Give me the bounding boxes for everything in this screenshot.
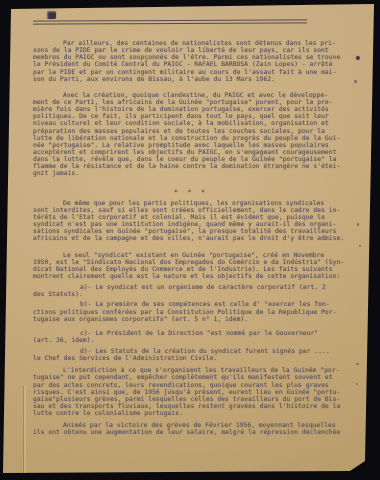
- text-block: De même que pour les partis politiques, …: [33, 200, 349, 243]
- text-block: c)- Le Président de la Direction "est no…: [33, 330, 349, 344]
- text-line: le Chef des Services de l'Administration…: [33, 355, 349, 362]
- text-line: Avec la création, quoique clandestine, d…: [33, 92, 349, 99]
- text-line: gnit jamais.: [33, 170, 349, 177]
- text-line: niveau culturel et leur condition social…: [33, 120, 349, 127]
- header-double-rule: [33, 19, 307, 24]
- text-line: le Président du Comité Central du PAIGC …: [33, 61, 349, 68]
- text-line: De même que pour les partis politiques, …: [33, 200, 349, 207]
- text-line: b)- La première de ses compétences est c…: [33, 301, 349, 308]
- text-line: 1950, est le "Sindicato Nacional dos Emp…: [33, 259, 349, 266]
- text-block: Par ailleurs, des centaines de nationali…: [33, 40, 349, 83]
- text-line: (art. 36, idem).: [33, 337, 349, 344]
- text-line: montrent clairement quelle est la nature…: [33, 273, 349, 280]
- text-block: d)- Les Statuts de la création du syndic…: [33, 348, 349, 362]
- paper-sheet: Par ailleurs, des centaines de nationali…: [0, 0, 380, 480]
- text-line: Le seul "syndicat" existant en Guinée "p…: [33, 252, 349, 259]
- text-line: africains et de la campagne et des ville…: [33, 235, 349, 242]
- text-line: dicat National des Employés du Commerce …: [33, 266, 349, 273]
- page-stamp-mark: [47, 11, 56, 19]
- text-line: tugaise" ne put cependant, empêcher comp…: [33, 374, 349, 381]
- paper-crease: [23, 386, 26, 473]
- text-block: a)- Le syndicat est un organisme de cara…: [33, 284, 349, 298]
- text-line: ils ont obtenu une augmentation de leur …: [33, 429, 349, 436]
- document-body: Par ailleurs, des centaines de nationali…: [33, 40, 349, 437]
- ink-speck: [359, 245, 361, 247]
- text-block: Avec la création, quoique clandestine, d…: [33, 92, 349, 178]
- ink-speck: [355, 55, 361, 61]
- text-line: née "portugaise". La relative promptitud…: [33, 142, 349, 149]
- text-block: Animés par la victoire des grèves de Fév…: [33, 422, 349, 436]
- ink-speck: [354, 80, 357, 83]
- text-line: sont interdites, sauf si elles sont créé…: [33, 207, 349, 214]
- text-line: c)- Le Président de la Direction "est no…: [33, 330, 349, 337]
- ink-speck: [357, 223, 359, 226]
- text-line: risques. C'est ainsi que, de 1956 jusqu'…: [33, 389, 349, 396]
- text-line: son du Parti, aux environs de Bissau, à …: [33, 76, 349, 83]
- text-line: par des actes concrets, leurs revendicat…: [33, 382, 349, 389]
- text-block: L'interdiction à ce que s'organisent les…: [33, 367, 349, 417]
- text-line: tugaise aux organismes corporatifs" (art…: [33, 316, 349, 323]
- text-line: flamme de la résistance et de la haine c…: [33, 163, 349, 170]
- ink-speck: [356, 363, 359, 365]
- text-line: des Statuts).: [33, 291, 349, 298]
- ink-speck: [356, 383, 358, 385]
- text-line: ctions politiques conférées par la Const…: [33, 309, 349, 316]
- text-line: lutte contre le colonialisme portugais.: [33, 410, 349, 417]
- text-block: b)- La première de ses compétences est c…: [33, 301, 349, 322]
- text-line: gaise"plusieurs grèves, parmi lesquelles…: [33, 396, 349, 403]
- text-line: lutte de libération nationale et la cons…: [33, 135, 349, 142]
- scan-background: { "page": { "background_color": "#0b0a0e…: [0, 0, 380, 480]
- text-line: préparation des masses populaires et de …: [33, 128, 349, 135]
- section-separator: * * *: [33, 189, 349, 196]
- text-block: Le seul "syndicat" existant en Guinée "p…: [33, 252, 349, 281]
- text-line: * * *: [33, 189, 349, 196]
- text-line: par la PIDE et par un contingent militai…: [33, 69, 349, 76]
